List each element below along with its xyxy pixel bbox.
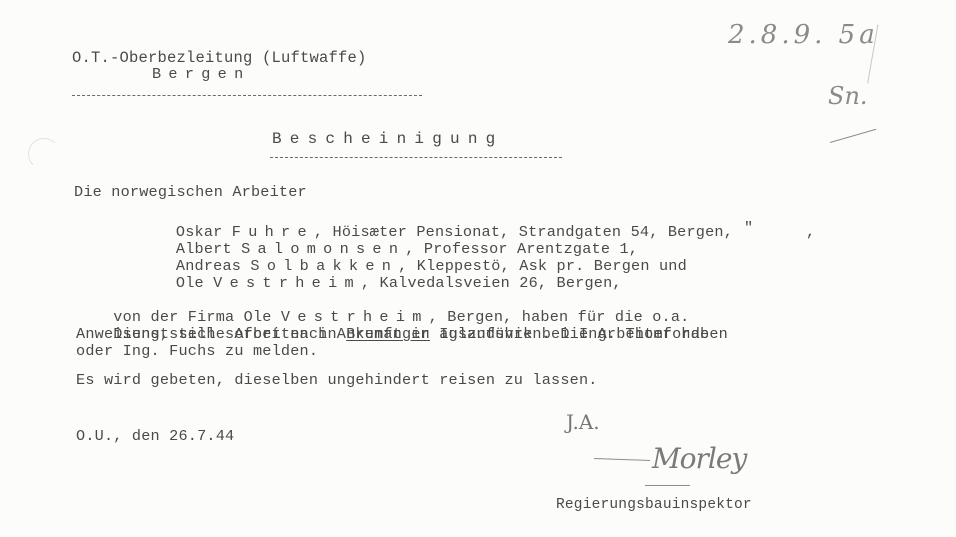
letterhead-city: Bergen [152,66,250,83]
letterhead-rule [72,95,422,96]
ditto-comma: , [806,224,815,241]
signature-under-stroke [645,485,690,486]
handwritten-initials: Sn. [828,82,868,110]
worker-first-name: Ole [176,274,204,292]
body-line-4: oder Ing. Fuchs zu melden. [76,343,318,360]
signature-ia: J.A. [566,410,600,434]
worker-last-name: Vestrheim [213,274,361,292]
handwritten-date: 2.8.9. 5a [728,20,879,50]
handwritten-underline [830,129,876,143]
title-rule [270,157,562,158]
document-title: Bescheinigung [272,131,503,148]
signature-lead-stroke [594,458,650,461]
request-line: Es wird gebeten, dieselben ungehindert r… [76,372,598,389]
place-date: O.U., den 26.7.44 [76,428,234,445]
signature-scrawl: Morley [652,442,746,475]
body-line-3: Anweisung, sich sofort nach Ankunft in I… [76,326,709,343]
ditto-mark: " [744,220,753,237]
worker-address: Kalvedalsveien 26, Bergen, [380,274,622,292]
document-page: O.T.-Oberbezleitung (Luftwaffe) Bergen 2… [0,0,956,537]
intro-text: Die norwegischen Arbeiter [74,184,307,201]
signer-title: Regierungsbauinspektor [556,497,752,514]
punch-hole-mark [28,138,60,170]
